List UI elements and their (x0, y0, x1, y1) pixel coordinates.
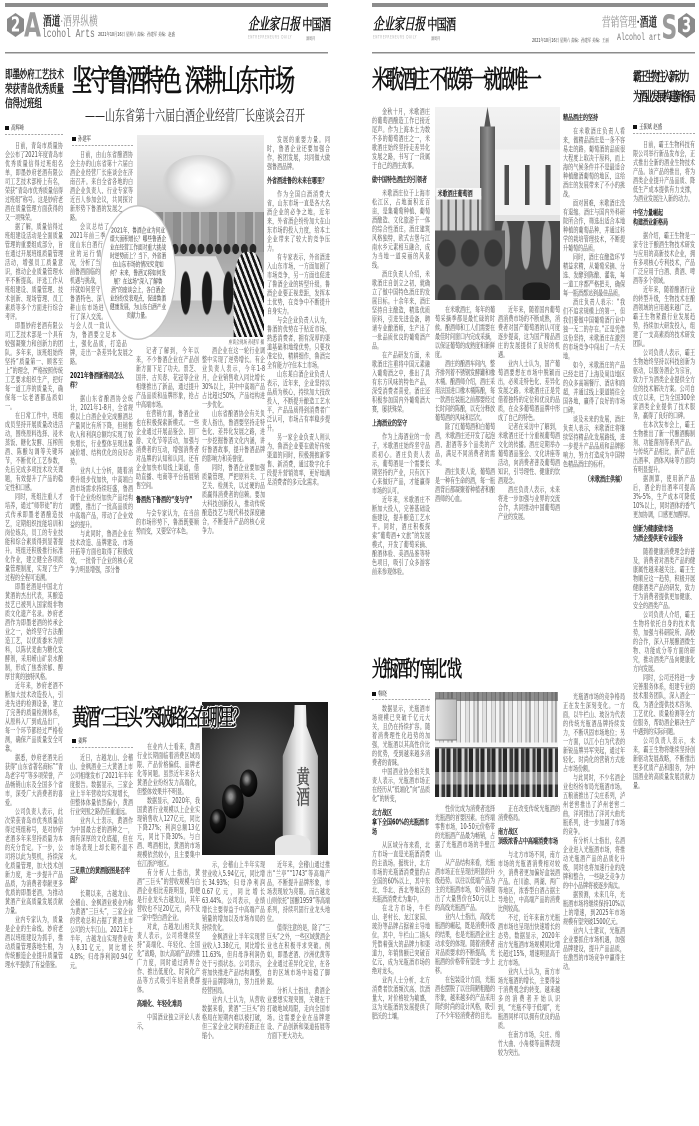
paragraph: 与此同时，鲁酒企业在技术改造、品牌建设、市场开拓等方面也取得了积极成效，一批骨干… (70, 529, 133, 574)
paragraph: 据了解，质量信得过班组建设活动是全面质量管理的重要组成部分，旨在通过开展班组质量… (5, 222, 63, 321)
second-column-3: 示，会稽山上半年实现营业收入5.94亿元，同比增长34.93%；归母净利润0.6… (202, 860, 265, 1120)
paragraph: 业内人士指出，高线光瓶酒的崛起，既是消费升级的结果，也是光瓶酒企业主动求变的体现… (435, 912, 495, 975)
subheading: 上海酒业的坚守 (372, 419, 430, 429)
byline: 王振斌 赵盛 (633, 123, 662, 131)
headline-line: 荣获青岛优秀质量 (5, 82, 64, 97)
paragraph: 示，会稽山上半年实现营业收入5.94亿元，同比增长34.93%；归母净利润0.6… (202, 860, 265, 932)
byline: 姜辉 (72, 737, 87, 745)
paragraph: 酒庄负责人说，葡萄酒是一种有生命的酒，每一瓶酒背后都凝聚着种植者和酿酒师的心血。 (435, 467, 495, 503)
pullquote-circle: 2021年，鲁酒企业为何业绩大面积增长？哪些鲁酒企业在经营工作面对重大挑战时逆势… (100, 205, 176, 340)
sidebar-column: 日前，霸王生物科技有限公司举行新品发布会，正式推出全新的酒业生物技术产品。该产品… (633, 140, 695, 1120)
car (522, 283, 550, 300)
masthead-english: ENTREPRENEURS DAILY (248, 35, 292, 40)
paragraph: 同时，鲁酒企业要加强质量管理，严把原料关、工艺关、检测关，以过硬的品质赢得消费者… (202, 463, 265, 535)
dateline: 2021年10月16日 星期六 责编：孙建军 美编：赵盛 (98, 32, 175, 38)
lead-column-3: 近年来，随着国内葡萄酒消费市场的不断成熟，消费者对国产葡萄酒的认可度逐步提高，这… (498, 305, 560, 640)
second-headline: 光瓶酒的“南北”战 (372, 657, 459, 682)
byline-marker-icon (72, 739, 76, 743)
dateline: 2021年10月16日 星期六 责编：孙建军 美编：王丽 (532, 38, 609, 44)
subheading: 三足鼎立的黄酒版图是否牢固？ (70, 866, 133, 885)
paragraph: 同时，班组注重人才培养，通过“师带徒”的方式传承即墨老酒酿造技艺，定期组织技能培… (5, 492, 63, 582)
byline-rule (372, 699, 430, 700)
section-english: Alcohol art (617, 33, 661, 43)
paragraph: 据悉，妙府老酒先后获得“山东省著名商标”“青岛老字号”等多项荣誉，产品畅销山东及… (5, 753, 63, 807)
second-column-1: 近日，古越龙山、会稽山、金枫酒业三大黄酒上市公司相继发布了2021年半年度报告。… (70, 753, 133, 1120)
byline: 高辉峰 (5, 124, 24, 132)
paragraph: 近年来，会稽山通过推出“兰亭”“1743”等高端产品，不断提升品牌形象，市场表现… (267, 860, 330, 923)
headline-line: 霸王生物注入新动力 (633, 67, 693, 87)
paragraph: 酒庄负责人表示：“我们不追求规模上的第一，但我们要做中国葡萄酒行业中独一无二的存… (563, 298, 625, 361)
byline-name: 姜辉 (78, 737, 87, 745)
paragraph: 与会专家认为，在当前的市场形势下，鲁酒既要顺势而变，又要坚守本色。 (136, 509, 199, 536)
paragraph: 业内人士认为，国产葡萄酒要想在市场中脱颖而出，必须走特色化、差异化发展之路。米歌… (498, 359, 560, 422)
bottle-shelf-photo (435, 692, 558, 797)
paragraph: 长期以来，古越龙山、会稽山、金枫酒业被业内称为黄酒“三巨头”，三家企业的营收总和… (70, 889, 133, 970)
paragraph: 近日，古越龙山、会稽山、金枫酒业三大黄酒上市公司相继发布了2021年半年度报告。… (70, 753, 133, 816)
paragraph: 在营销方面，鲁酒企业也在积极探索新模式。一些企业通过开展品鉴会、回厂游、文化节等… (136, 409, 199, 490)
second-headline: 黄酒“三巨头”突破路径在哪里？ (72, 704, 244, 730)
paragraph: 金枫酒业上半年实现营业收入3.38亿元，同比增长11.63%，但归母净利润仍处于… (202, 932, 265, 995)
page-number-badge: 2 (7, 13, 24, 37)
paragraph: 另一家企业负责人则认为，鲁酒企业要在做好传统渠道的同时，积极拥抱新零售、新消费，… (267, 433, 330, 487)
byline-rule (72, 145, 133, 146)
building-sign: 米歌酒庄葡萄酒 (436, 188, 481, 200)
cup-icon (210, 809, 226, 833)
paragraph: 酒企业在这一轮行业调整中实现了逆势增长。有企业负责人表示，今年1-8月，企业销售… (202, 346, 265, 409)
paragraph: 光瓶酒市场的竞争格局正在发生深刻变化。一方面，以牛栏山、玻汾为代表的传统光瓶酒品… (563, 692, 625, 773)
paragraph: 数据显示，光瓶酒市场规模已突破千亿元大关，且仍在持续扩容。随着消费理性化趋势的加… (372, 704, 430, 767)
lead-column-4: 精品酒庄的坚持在米歌酒庄负责人看来，做精品酒庄是一条不容易走的路。葡萄酒的品质很… (563, 108, 625, 641)
paragraph: 金秋十月，米歌酒庄的葡萄酒酿造工作已接近尾声。作为上海本土为数不多的葡萄酒庄之一… (372, 107, 430, 170)
paragraph: 在产品研发方面，米歌酒庄注重将中国元素融入葡萄酒之中，推出了具有东方风味的特色产… (372, 351, 430, 414)
paragraph: 日前，霸王生物科技有限公司举行新品发布会，正式推出全新的酒业生物技术产品。该产品… (633, 140, 695, 203)
paragraph: 山东省酿酒协会有关负责人指出，鲁酒要坚持走特色化、差异化发展之路，进一步挖掘鲁酒… (202, 409, 265, 463)
paragraph: 中国酒业协会相关负责人表示，光瓶酒市场正在经历从“低端化”向“品质化”的转变， (372, 767, 430, 803)
section-title: 营销管理·酒道 (602, 15, 657, 30)
top-rule (372, 3, 695, 7)
paragraph: 业内人士认为，南方市场光瓶酒的增长，主要得益于消费观念的转变。越来越多的消费者开… (498, 967, 560, 1030)
paragraph: 有分析人士指出，黄酒“三巨头”的营收规模与白酒企业相比差距明显，即便是行业龙头古… (137, 868, 200, 922)
subheading: 2021年鲁酒新格局怎么样？ (70, 371, 133, 390)
subheading: 南方战区 顶级浓香占中高端消费市场 (498, 827, 560, 846)
masthead-name: 企业家日报 (373, 15, 425, 34)
headline-line: 即墨妙府工艺技术 (5, 67, 64, 82)
attendees-front (175, 268, 238, 337)
subheading: 精品酒庄的坚持 (563, 113, 625, 123)
byline-name: 王振斌 赵盛 (639, 123, 662, 131)
subheading: 高端化、年轻化难局 (137, 999, 200, 1009)
lead-headline: 坚守鲁酒特色 深耕山东市场 (72, 64, 293, 99)
paragraph: 在业内人士看来，黄酒行业长期面临着消费区域局限、产品价格偏低、品牌老化等问题。虽… (137, 742, 200, 796)
second-column-1: 数据显示，光瓶酒市场规模已突破千亿元大关，且仍在持续扩容。随着消费理性化趋势的加… (372, 704, 430, 1120)
paragraph: 不过，近年来南方光瓶酒市场也呈现出快速增长的态势。数据显示，2020年南方光瓶酒… (498, 913, 560, 967)
headline-line: 为酒业发展构建新格局 (633, 87, 693, 107)
paragraph: 业内人士分析，随着消费升级步伐加快，中高端白酒市场需求持续旺盛，鲁酒骨干企业纷纷… (70, 466, 133, 529)
paragraph: 与北方市场不同，南方市场的光瓶酒消费相对较少，消费者更加偏好盒装酒产品。在川渝、… (498, 850, 560, 913)
section-title-light: 营销管理 (602, 15, 637, 30)
paragraph: 从产品结构来看，光瓶酒市场正在呈现出明显的升级趋势。以往以低端产品为主的光瓶酒市… (435, 858, 495, 912)
chandelier (162, 155, 236, 212)
paragraph: 公司负责人介绍，霸王生物将依托自身的技术优势，加强与科研院所、高校的合作，深入开… (633, 610, 695, 673)
byline-marker-icon (72, 137, 76, 141)
paragraph: 山东某白酒企业负责人表示，近年来，企业坚持以品质为核心，持续加大技改投入，不断提… (267, 370, 330, 433)
paragraph: 同时，酒庄在酿造环节精益求精，从葡萄采摘、分选、发酵到陈酿、灌装，每一道工序都严… (563, 253, 625, 298)
paragraph: 数据显示，2020年，我国黄酒行业规模以上企业实现销售收入127亿元，同比下降2… (137, 796, 200, 868)
byline-rule (633, 133, 695, 134)
bottle-labels (435, 772, 558, 785)
header-rule (5, 52, 328, 54)
subheading: 做中国特色酒庄的引领者 (372, 175, 430, 185)
byline-rule (72, 747, 133, 748)
byline-name: 孙建军 (78, 135, 91, 143)
byline-rule (5, 134, 63, 135)
paragraph: 据测算，使用新产品后，酒企的出酒率可提高3%-5%，生产成本可降低10%以上，同… (633, 474, 695, 519)
paragraph: 据山东省酿酒协会统计，2021年1-8月，全省规模以上白酒企业完成酿酒总产量同比… (70, 394, 133, 466)
paragraph: 业内专家认为，质量是企业的生命线。妙府老酒以班组建设为抓手，推动质量管理落地生根… (5, 915, 63, 969)
paragraph: 业内人士认为，从营收数据来看，黄酒“三巨头”的格局在短期内难以被打破，但三家企业… (202, 995, 265, 1040)
photo-caption: 座谈会现场 孙建军 摄 (177, 338, 264, 346)
paragraph: 从区域分布来看，北方市场一直是光瓶酒消费的主战场。据统计，北方市场的光瓶酒消费量… (372, 841, 430, 904)
lead-headline: 米歌酒庄 不做第一就做唯一 (372, 65, 539, 94)
paragraph: 有分析人士指出，名酒企业进入光瓶酒市场，将推动光瓶酒产品的品质化升级，同时也将加… (563, 836, 625, 890)
paragraph: 分析人士指出，黄酒企业要想实现突围，关键在于打破地域局限，走向全国市场。这需要企… (267, 986, 330, 1040)
paragraph: 即墨老酒是中国北方黄酒的杰出代表，其酿造技艺已被列入国家级非物质文化遗产名录。妙… (5, 582, 63, 681)
paragraph: 对此，古越龙山相关负责人表示，公司将继续坚持“高端化、年轻化、全国化”战略，加大… (137, 922, 200, 994)
building-upper (495, 149, 560, 218)
paragraph: 近年来，妙府老酒不断加大技术改造投入，引进先进的检测设备，建立了完善的质量检测体… (5, 681, 63, 753)
header-rule (372, 52, 695, 54)
subheading: 中坚力量崛起 构建酒业新格局 (633, 208, 695, 227)
headline-line: 信得过班组 (5, 96, 64, 111)
paragraph: 在本次发布会上，霸王生物推出了新一代酿酒酶制剂、功能菌剂等系列产品。与传统产品相… (633, 420, 695, 474)
bottle-label: 黄酒 (293, 766, 312, 806)
second-column-4: 光瓶酒市场的竞争格局正在发生深刻变化。一方面，以牛栏山、玻汾为代表的传统光瓶酒品… (563, 692, 625, 1120)
paragraph: 在日常工作中，班组成员坚持开展质量改进活动，围绕原料选择、浸米蒸饭、糖化发酵、压… (5, 411, 63, 492)
subheading: 创新为健康做市场 为酒企提供更专业服务 (633, 524, 695, 543)
subheading: 外省酒进鲁的未来在哪里？ (267, 176, 330, 186)
paragraph: 近年来，米歌酒庄不断加大投入，完善基础设施建设，提升酿造工艺水平。同时，酒庄积极… (372, 495, 430, 576)
paragraph: 近年来，随着国内葡萄酒消费市场的不断成熟，消费者对国产葡萄酒的认可度逐步提高，这… (498, 305, 560, 359)
white-cup (275, 835, 310, 855)
byline-name: 高辉峰 (11, 124, 24, 132)
section-english: lcohol Arts (42, 29, 95, 41)
striped-shirt-person (234, 252, 264, 337)
paragraph: 在南方市场，尖庄、绵竹大曲、小角楼等品牌表现较为突出。 (498, 1030, 560, 1057)
paragraph: 如今，米歌酒庄的产品已经走进了上海及周边地区的众多高端餐厅、酒店和商超，并通过线… (563, 361, 625, 415)
byline: 孙建军 (72, 135, 91, 143)
lead-column-2: 记者了解到，今年以来，不少鲁酒企业在产品创新方面下足了功夫。景芝、国井、古贝春、… (136, 346, 199, 635)
masthead-sub: 酒周刊 (431, 35, 440, 42)
newspaper-spread: 2 A 酒道·酒界纵横 lcohol Arts 2021年10月16日 星期六 … (0, 0, 699, 1126)
subheading: 北方战区 拿下全国60%的光瓶酒市场 (372, 808, 430, 837)
source-credit: （米歌酒庄供稿） (563, 475, 625, 484)
paragraph: 业内人士表示，黄酒作为中国最古老的酒种之一，拥有深厚的文化底蕴，但在市场表现上却… (70, 816, 133, 861)
paragraph: 酒庄的酿酒车间内，整齐排列着不锈钢发酵罐和橡木桶。酿酒师介绍，酒庄采用法国进口橡… (435, 359, 495, 422)
paragraph: 面对困难，米歌酒庄没有退缩。酒庄与国内外科研院所合作，筛选出适合本地种植的葡萄品… (563, 199, 625, 253)
sidebar-headline: 即墨妙府工艺技术 荣获青岛优秀质量 信得过班组 (5, 67, 64, 111)
paragraph: 记者了解到，今年以来，不少鲁酒企业在产品创新方面下足了功夫。景芝、国井、古贝春、… (136, 346, 199, 409)
paragraph: 与会企业负责人认为，鲁酒的优势在于贴近市场、熟悉消费者，拥有深厚的渠道基础和地缘… (267, 316, 330, 370)
paragraph: 有专家表示，外省酒进入山东市场，一方面加剧了市场竞争，另一方面也促进了鲁酒企业的… (267, 253, 330, 316)
byline-marker-icon (633, 125, 637, 129)
sidebar-column: 日前，青岛市质量协会公布了2021年度青岛市优秀质量信得过班组名单，即墨妙府老酒… (5, 141, 63, 1120)
paragraph: 除了红葡萄酒和白葡萄酒，米歌酒庄还开发了起泡酒、甜酒等多个品类的产品，满足不同消… (435, 422, 495, 467)
paragraph: 值得注意的是，除了“三巨头”之外，一些区域黄酒企业也在积极寻求突破。例如，即墨老… (267, 923, 330, 986)
paragraph: 日前，青岛市质量协会公布了2021年度青岛市优秀质量信得过班组名单，即墨妙府老酒… (5, 141, 63, 222)
paragraph: 在米歌酒庄负责人看来，做精品酒庄是一条不容易走的路。葡萄酒的品质很大程度上取决于… (563, 127, 625, 199)
byline: 韩晓 (372, 690, 387, 698)
paragraph: 谈及未来的发展，酒庄负责人表示，米歌酒庄将继续坚持精品化发展路线，进一步提升产品… (563, 415, 625, 469)
paragraph: 随着健康消费理念的普及，消费者对酒类产品的健康属性越来越关注。霸王生物顺应这一趋… (633, 547, 695, 610)
gift-boxes (435, 698, 457, 740)
paragraph: 据介绍，霸王生物是一家专注于酿酒生物技术研发与应用的高新技术企业，拥有多项核心专… (633, 231, 695, 285)
masthead-cn: 中国酒 (302, 16, 330, 34)
paragraph: 在米歌酒庄，每年的葡萄采摘季都是最忙碌的时候。酿酒师和工人们需要在最佳时间窗口内… (435, 305, 495, 359)
second-column-4: 近年来，会稽山通过推出“兰亭”“1743”等高端产品，不断提升品牌形象，市场表现… (267, 860, 330, 1120)
masthead-name: 企业家日报 (248, 15, 300, 34)
paragraph: 同时，公司还将进一步完善服务体系，组建专业的技术服务团队，深入酒企一线，为酒企提… (633, 673, 695, 736)
paragraph: 正在改变传统光瓶酒的消费格局。 (498, 804, 560, 822)
paragraph: 业内人士建议，光瓶酒企业要抓住市场机遇，加强品牌建设，提升产品品质，在激烈的市场… (563, 926, 625, 971)
masthead: 企业家日报中国酒 (373, 16, 455, 33)
paragraph: 中国酒业独立评论人表示， (137, 1013, 200, 1031)
paragraph: 作为上海酒业的一份子，米歌酒庄始终坚守品质初心。酒庄负责人表示，葡萄酒是一个需要… (372, 432, 430, 495)
paragraph: 在北方市场，牛栏山、老村长、龙江家园、玻汾等品牌占据着主导地位。其中，牛栏山二锅… (372, 904, 430, 976)
trees (435, 231, 505, 300)
masthead-english: ENTREPRENEURS DAILY (373, 35, 417, 40)
page-number-badge: 3 (678, 13, 695, 38)
paragraph: 米歌酒庄位于上海市松江区，占地面积近百亩，是集葡萄种植、葡萄酒酿造、文化旅游于一… (372, 189, 430, 270)
paragraph: 记者在采访中了解到，米歌酒庄还十分重视葡萄酒文化的传播。酒庄定期举办葡萄酒品鉴会… (498, 422, 560, 485)
masthead-sub: 酒周刊 (306, 35, 315, 42)
paragraph: 在包装设计方面，光瓶酒也摆脱了以往简陋粗糙的形象，越来越多的产品采用简约时尚的设… (435, 975, 495, 1020)
paragraph: 即墨妙府老酒有限公司工艺技术部是一个具有较强凝聚力和创新力的团队。多年来，该班组… (5, 321, 63, 411)
sidebar-headline: 霸王生物注入新动力 为酒业发展构建新格局 (633, 67, 693, 107)
paragraph: 据预测，未来几年，光瓶酒市场将继续保持10%以上的增速，到2025年市场规模有望… (563, 890, 625, 926)
section-title-bold: ·酒道 (637, 15, 657, 30)
paragraph: 与此同时，不少名酒企业也纷纷布局光瓶酒市场。五粮液推出了尖庄系列，泸州老窖推出了… (563, 773, 625, 836)
second-column-3: 正在改变传统光瓶酒的消费格局。南方战区 顶级浓香占中高端消费市场与北方市场不同，… (498, 804, 560, 1120)
masthead: 企业家日报中国酒 (248, 16, 330, 33)
second-column-2: 性价比成为消费者选择光瓶酒的首要因素。在终端零售市场，10-50元价格带的光瓶酒… (435, 804, 495, 1120)
byline-marker-icon (5, 126, 9, 130)
page-letter: S (661, 11, 677, 44)
byline-name: 韩晓 (378, 690, 387, 698)
paragraph: 公司负责人表示，霸王生物始终坚持以科技创新为驱动，以服务酒企为宗旨，致力于为酒类… (633, 348, 695, 420)
paragraph: 近年来，随着酿酒行业的转型升级，生物技术在酿酒领域的应用越来越广泛。霸王生物紧跟… (633, 285, 695, 348)
second-column-2: 在业内人士看来，黄酒行业长期面临着消费区域局限、产品价格偏低、品牌老化等问题。虽… (137, 742, 200, 1120)
paragraph: 公司负责人表示，此次荣获青岛市优秀质量信得过班组称号，是对妙府老酒多年来坚持质量… (5, 807, 63, 915)
paragraph: 酒庄负责人表示，未来将进一步加强与业界的交流合作，共同推动中国葡萄酒产业的发展。 (498, 485, 560, 521)
page-letter: A (24, 9, 41, 42)
lead-column-2: 在米歌酒庄，每年的葡萄采摘季都是最忙碌的时候。酿酒师和工人们需要在最佳时间窗口内… (435, 305, 495, 640)
lead-column-1: 金秋十月，米歌酒庄的葡萄酒酿造工作已接近尾声。作为上海本土为数不多的葡萄酒庄之一… (372, 107, 430, 640)
lead-column-4: 发展的重要力量。同时，鲁酒企业还要加强合作，抱团发展，共同做大做强鲁酒品牌。外省… (267, 135, 330, 635)
paragraph: 酒庄负责人介绍，米歌酒庄自创立之初，就确立了做中国特色酒庄的发展目标。十余年来，… (372, 270, 430, 351)
paragraph: 公司负责人表示，未来，霸王生物将继续坚持创新驱动发展战略，不断推出更多优质产品和… (633, 736, 695, 790)
paragraph: 业内人士分析，北方消费者饮酒频次高、饮酒量大，对价格较为敏感，这为光瓶酒的发展提… (372, 976, 430, 1021)
lead-column-3: 酒企业在这一轮行业调整中实现了逆势增长。有企业负责人表示，今年1-8月，企业销售… (202, 346, 265, 635)
paragraph: 发展的重要力量。同时，鲁酒企业还要加强合作，抱团发展，共同做大做强鲁酒品牌。 (267, 135, 330, 171)
winery-building-photo: 米歌酒庄葡萄酒 (435, 107, 560, 300)
lead-subtitle: ——山东省第十六届白酒企业经营厂长座谈会召开 (85, 103, 305, 125)
subheading: 鲁酒热下鲁酒的“变与守” (136, 495, 199, 505)
top-rule (5, 3, 328, 7)
masthead-cn: 中国酒 (427, 16, 455, 34)
byline-marker-icon (372, 692, 376, 696)
cup-icon (222, 785, 243, 819)
paragraph: 性价比成为消费者选择光瓶酒的首要因素。在终端零售市场，10-50元价格带的光瓶酒… (435, 804, 495, 858)
paragraph: 作为全国白酒消费大省，山东市场一直是各大名酒企业的必争之地。近年来，外省酒企纷纷… (267, 190, 330, 253)
